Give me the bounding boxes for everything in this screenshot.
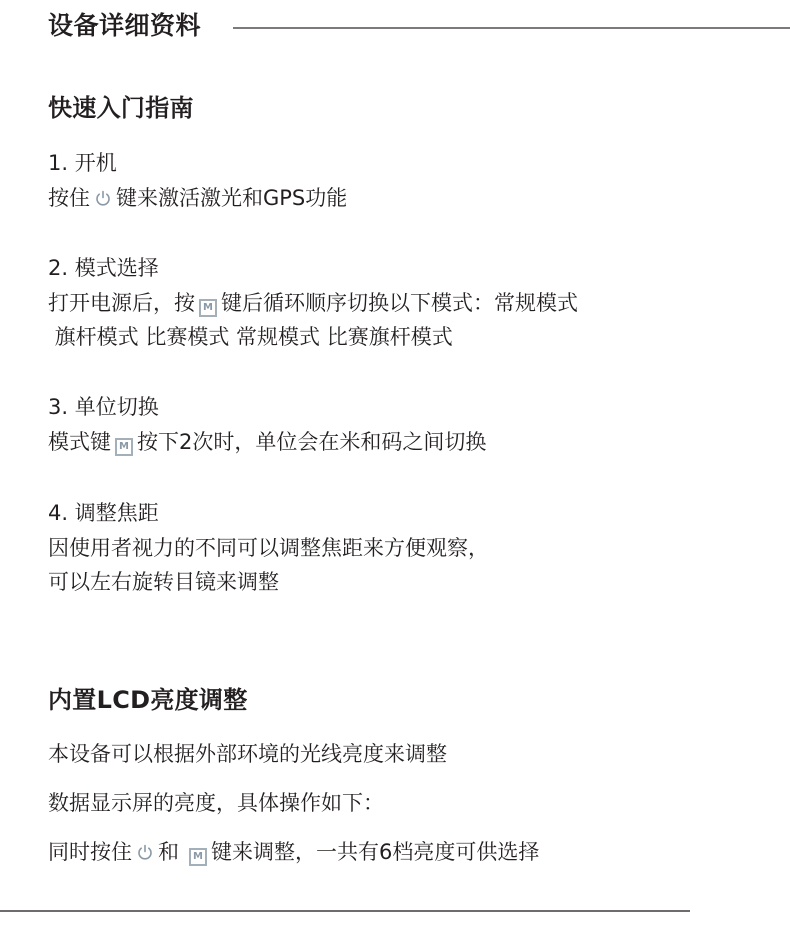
step-4-line-2: 可以左右旋转目镜来调整 (48, 567, 279, 597)
step-3-text-after: 按下2次时，单位会在米和码之间切换 (137, 430, 486, 454)
step-2-title: 2. 模式选择 (48, 253, 159, 283)
lcd-line-3: 同时按住和M键来调整，一共有6档亮度可供选择 (48, 837, 539, 867)
step-2-text-after: 键后循环顺序切换以下模式：常规模式 (221, 291, 578, 315)
step-2-line-1: 打开电源后，按M键后循环顺序切换以下模式：常规模式 (48, 288, 578, 318)
step-3-text-before: 模式键 (48, 430, 111, 454)
step-3-title: 3. 单位切换 (48, 392, 159, 422)
lcd-line-1: 本设备可以根据外部环境的光线亮度来调整 (48, 739, 447, 769)
lcd-text-middle: 和 (158, 840, 179, 864)
bottom-divider (0, 910, 690, 912)
step-3-line-1: 模式键M按下2次时，单位会在米和码之间切换 (48, 427, 486, 457)
power-icon (136, 839, 154, 857)
lcd-heading: 内置LCD亮度调整 (48, 683, 248, 717)
page-title: 设备详细资料 (48, 8, 201, 44)
lcd-line-2: 数据显示屏的亮度，具体操作如下： (48, 788, 384, 818)
step-4-title: 4. 调整焦距 (48, 498, 159, 528)
step-2-text-before: 打开电源后，按 (48, 291, 195, 315)
step-1-text-before: 按住 (48, 186, 90, 210)
power-icon (94, 185, 112, 203)
step-4-line-1: 因使用者视力的不同可以调整焦距来方便观察， (48, 533, 489, 563)
m-key-icon: M (115, 438, 133, 456)
step-1-title: 1. 开机 (48, 148, 117, 178)
m-key-icon: M (199, 299, 217, 317)
quick-start-heading: 快速入门指南 (48, 91, 194, 125)
step-1-line-1: 按住键来激活激光和GPS功能 (48, 183, 347, 213)
lcd-text-before: 同时按住 (48, 840, 132, 864)
step-1-text-after: 键来激活激光和GPS功能 (116, 186, 347, 210)
m-key-icon: M (189, 848, 207, 866)
step-2-line-2: 旗杆模式 比赛模式 常规模式 比赛旗杆模式 (48, 322, 453, 352)
title-divider (233, 27, 790, 29)
lcd-text-after: 键来调整，一共有6档亮度可供选择 (211, 840, 539, 864)
